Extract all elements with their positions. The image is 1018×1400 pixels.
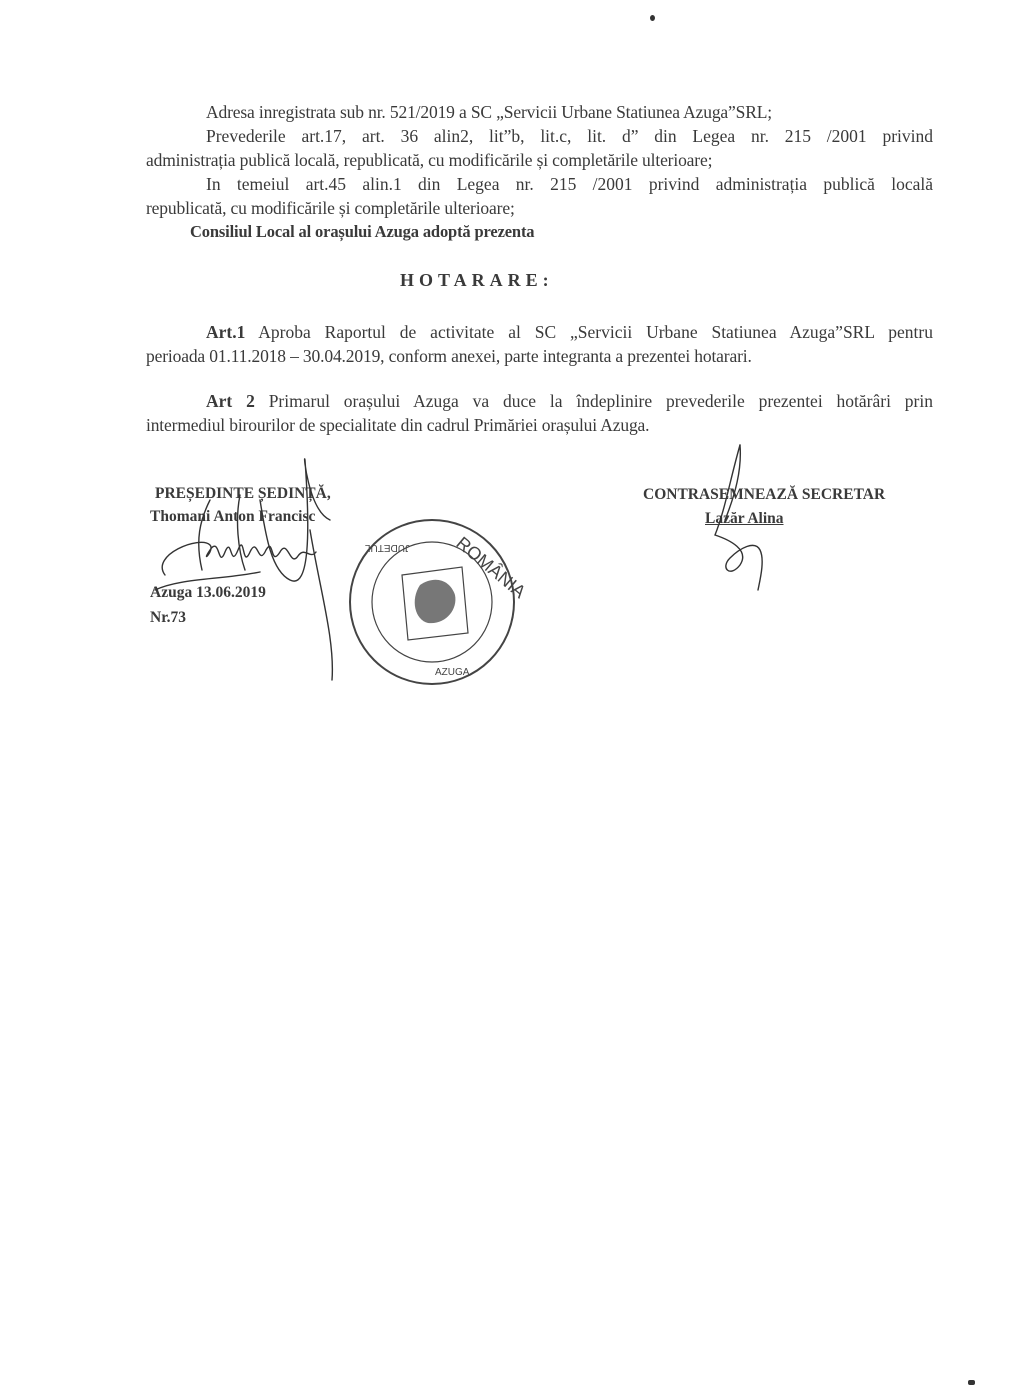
preamble-line-legal-basis-cont: republicată, cu modificările și completă… [146, 198, 515, 218]
article-2-label: Art 2 [206, 391, 255, 411]
svg-text:JUDETUL: JUDETUL [365, 542, 410, 553]
preamble-line-provisions-cont: administrația publică locală, republicat… [146, 150, 712, 170]
article-1-label: Art.1 [206, 322, 245, 342]
preamble-adoption: Consiliul Local al orașului Azuga adoptă… [190, 222, 534, 242]
secretary-signature-icon [680, 440, 790, 600]
article-2-text: Primarul orașului Azuga va duce la îndep… [269, 391, 933, 411]
official-stamp-icon: ROMÂNIA JUDETUL AZUGA [340, 515, 525, 690]
svg-text:AZUGA: AZUGA [435, 667, 470, 678]
document-page: Adresa inregistrata sub nr. 521/2019 a S… [0, 0, 1018, 1400]
preamble-line-provisions: Prevederile art.17, art. 36 alin2, lit”b… [206, 126, 933, 146]
preamble-line-legal-basis: In temeiul art.45 alin.1 din Legea nr. 2… [206, 174, 933, 194]
article-1-text: Aproba Raportul de activitate al SC „Ser… [258, 322, 933, 342]
article-1-line-b: perioada 01.11.2018 – 30.04.2019, confor… [146, 346, 752, 366]
article-2-line-a: Art 2 Primarul orașului Azuga va duce la… [206, 391, 933, 411]
document-title: HOTARARE: [400, 270, 554, 291]
article-1-line-a: Art.1 Aproba Raportul de activitate al S… [206, 322, 933, 342]
scan-speck [650, 15, 655, 21]
scan-speck-corner [968, 1380, 975, 1385]
article-2-line-b: intermediul birourilor de specialitate d… [146, 415, 649, 435]
preamble-line-address: Adresa inregistrata sub nr. 521/2019 a S… [206, 102, 772, 122]
president-signature-icon [140, 440, 370, 690]
